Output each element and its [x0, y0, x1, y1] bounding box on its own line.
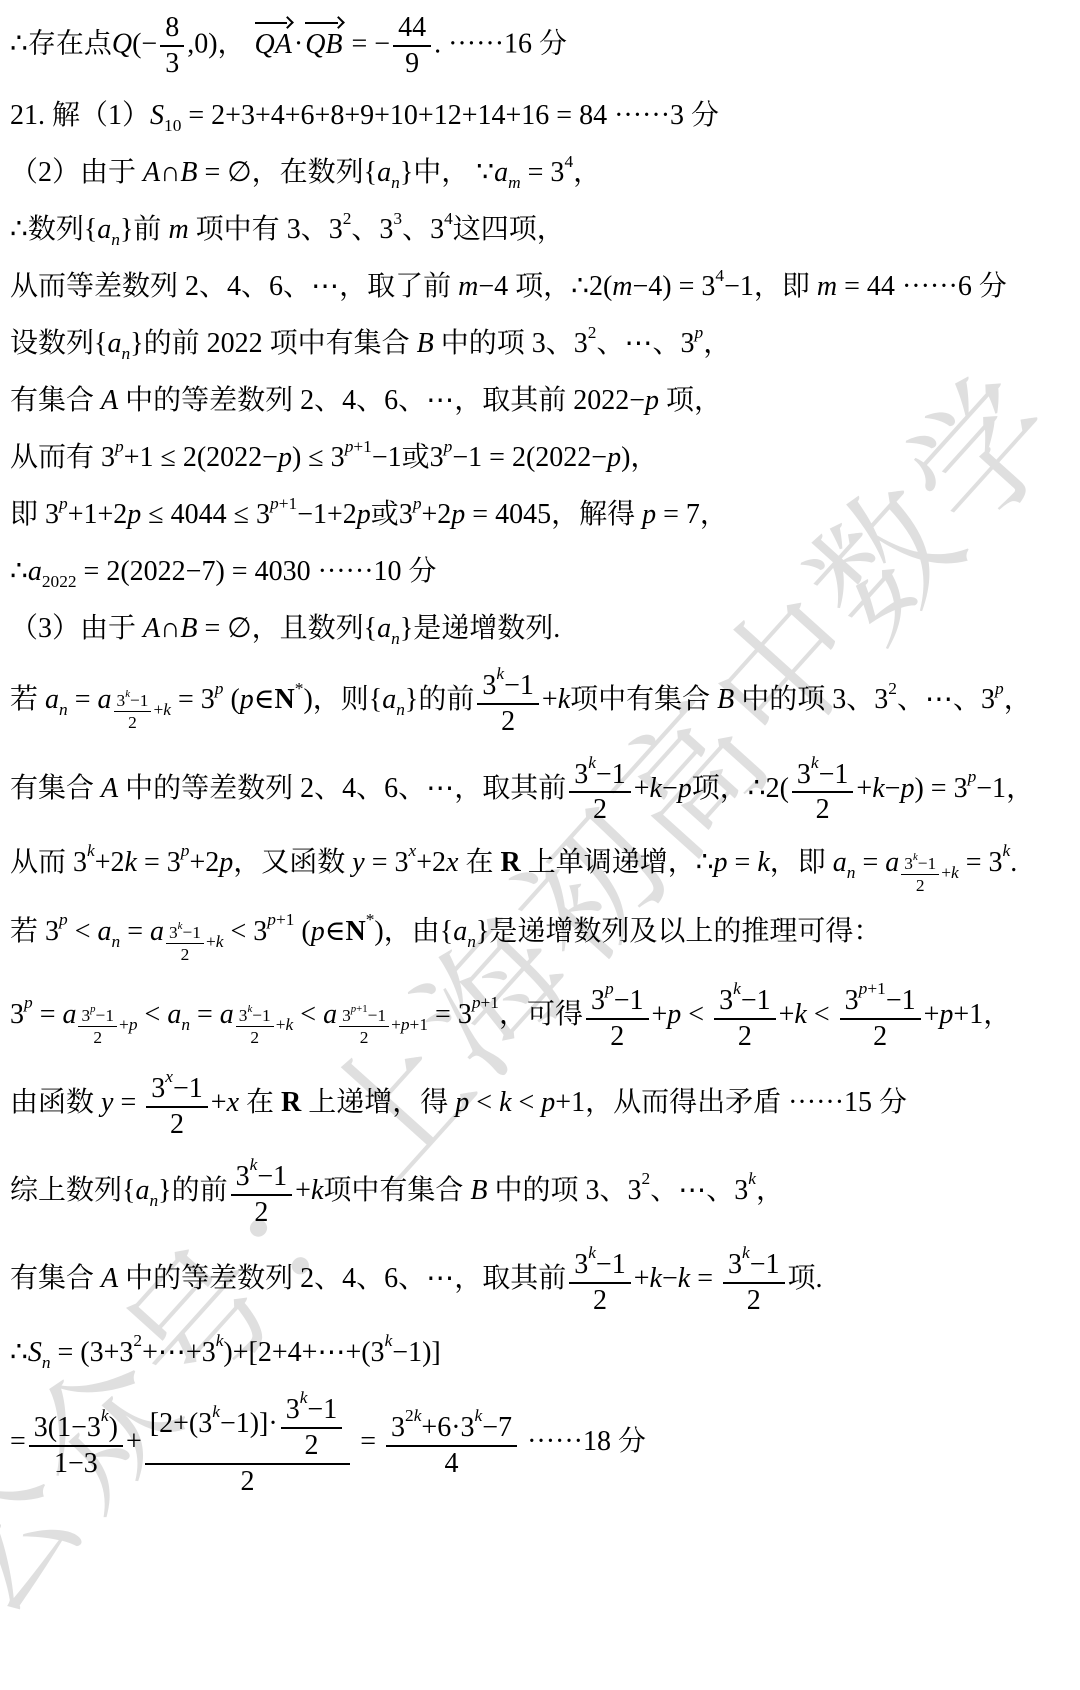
math-variable: A: [101, 1263, 118, 1294]
superscript: k: [496, 665, 504, 682]
math-variable: p: [645, 385, 659, 416]
text-run: 、: [314, 772, 342, 803]
math-roman: 3: [329, 214, 343, 245]
math-line: =3(1−3k)1−3+[2+(3k−1)]·3k−122 = 32k+6·3k…: [10, 1389, 1070, 1498]
math-roman: +2: [95, 847, 125, 878]
math-roman: <: [293, 999, 323, 1030]
superscript: k: [748, 1170, 756, 1187]
math-line: 综上数列{an}的前3k−12+k项中有集合 B 中的项 3、32、⋯、3k，: [10, 1156, 1070, 1229]
math-variable: k: [87, 841, 95, 860]
superscript: 4: [715, 267, 724, 284]
math-roman: (: [223, 684, 239, 715]
math-roman: −1: [252, 1006, 270, 1025]
text-run: 这四项，: [453, 214, 565, 245]
math-roman: 2: [300, 772, 314, 803]
fraction: 3k−12: [714, 980, 776, 1053]
math-roman: −1: [724, 271, 754, 302]
fraction-denominator: 2: [114, 712, 152, 733]
math-variable: a: [28, 556, 42, 587]
fraction-numerator: 3k−1: [281, 1389, 343, 1429]
superscript: p: [995, 680, 1004, 697]
math-roman: = ∅: [197, 157, 251, 188]
math-line: 从而等差数列 2、4、6、⋯，取了前 m−4 项，∴2(m−4) = 34−1，…: [10, 266, 1070, 308]
math-variable: k: [311, 1175, 323, 1206]
math-roman: .: [553, 613, 560, 644]
math-roman: <: [138, 999, 168, 1030]
math-roman: 3: [430, 442, 444, 473]
subscript: 2022: [42, 573, 77, 590]
math-variable: a: [150, 916, 164, 947]
math-roman: 3: [117, 691, 126, 710]
math-variable: p: [311, 916, 325, 947]
math-roman: =: [190, 999, 220, 1030]
fraction-numerator: 3k−1: [723, 1244, 785, 1284]
math-roman: −1: [130, 691, 148, 710]
math-roman: 2022: [207, 328, 263, 359]
text-run: 、: [398, 772, 426, 803]
math-roman: −7: [482, 1412, 512, 1443]
math-variable: S: [150, 100, 164, 131]
math-roman: 3: [239, 1006, 248, 1025]
math-roman: 2: [93, 1028, 102, 1047]
math-roman: 4: [715, 266, 724, 285]
math-roman: 3: [832, 684, 846, 715]
math-roman: 2: [888, 679, 897, 698]
fraction-denominator: 2: [477, 705, 539, 738]
math-roman: 2: [133, 1331, 142, 1350]
text-run: ，即: [770, 847, 833, 878]
math-roman: −1: [750, 1249, 780, 1280]
text-run: 中的等差数列: [118, 1263, 300, 1294]
math-variable: k: [125, 847, 137, 878]
subscript: n: [149, 1192, 158, 1209]
text-run: ∴存在点: [10, 29, 112, 60]
fraction: 3k−12: [236, 1004, 274, 1048]
math-line: 有集合 A 中的等差数列 2、4、6、⋯，取其前 2022−p 项，: [10, 380, 1070, 422]
text-run: 项，∴: [508, 271, 589, 302]
text-run: 有集合: [10, 772, 101, 803]
math-variable: k: [558, 684, 570, 715]
math-roman: 8: [165, 12, 179, 43]
text-run: 、: [600, 1175, 628, 1206]
math-roman: 3: [236, 1161, 250, 1192]
math-roman: 2(: [589, 271, 612, 302]
fraction-denominator: 2: [569, 793, 631, 826]
fraction-numerator: 3p−1: [586, 980, 648, 1020]
math-variable: a: [833, 847, 847, 878]
math-roman: −4) = 3: [633, 271, 716, 302]
math-roman: −1: [173, 1072, 203, 1103]
math-roman: −1: [96, 1006, 114, 1025]
math-line: 若 3p < an = a3k−12+k < 3p+1 (p∈N*)，由{an}…: [10, 911, 1070, 965]
text-run: 即: [10, 499, 45, 530]
math-variable: k: [163, 700, 171, 719]
math-roman: =: [10, 1426, 26, 1457]
math-variable: k: [496, 664, 504, 683]
math-roman: ⋯: [311, 271, 339, 302]
text-run: 有集合: [10, 385, 101, 416]
text-run: 、: [398, 385, 426, 416]
text-run: ，在数列: [252, 157, 364, 188]
math-roman: +1 ≤ 2(2022−: [124, 442, 278, 473]
math-roman: +1: [481, 993, 499, 1012]
math-line: ∴存在点Q(−83,0)， QA·QB = −449. ······16 分: [10, 12, 1070, 80]
math-variable: p: [900, 772, 914, 803]
math-roman: 4: [342, 772, 356, 803]
math-roman: −1: [307, 1394, 337, 1425]
math-roman: = 3: [171, 684, 215, 715]
math-variable: p: [129, 1015, 138, 1034]
math-variable: a: [45, 684, 59, 715]
math-roman: −1: [819, 758, 849, 789]
text-run: 由函数: [10, 1087, 101, 1118]
text-run: ，: [218, 29, 253, 60]
math-roman: +: [126, 1426, 142, 1457]
math-roman: −1: [614, 984, 644, 1015]
math-variable: p: [267, 910, 276, 929]
math-variable: m: [458, 271, 478, 302]
math-variable: S: [28, 1337, 42, 1368]
math-variable: p: [472, 993, 481, 1012]
math-roman: −1: [596, 1249, 626, 1280]
math-roman: +1: [353, 437, 371, 456]
text-run: ，从而得出矛盾 ······15 分: [585, 1087, 907, 1118]
math-roman: =: [120, 916, 150, 947]
fraction: 3k−12: [114, 689, 152, 733]
text-run: 项: [788, 1263, 816, 1294]
fraction-numerator: 32k+6·3k−7: [386, 1407, 517, 1447]
math-line: ∴Sn = (3+32+⋯+3k)+[2+4+⋯+(3k−1)]: [10, 1332, 1070, 1374]
math-roman: +2: [422, 499, 452, 530]
fraction: 3k−12: [723, 1244, 785, 1317]
superscript: p: [59, 495, 68, 512]
math-variable: k: [757, 847, 769, 878]
math-variable: p: [678, 772, 692, 803]
math-variable: p: [240, 684, 254, 715]
math-variable: a: [167, 999, 181, 1030]
math-variable: n: [42, 1353, 51, 1372]
math-roman: −1: [368, 1006, 386, 1025]
math-variable: p: [127, 499, 141, 530]
text-run: 项中有集合: [323, 1175, 470, 1206]
math-roman: 3: [574, 328, 588, 359]
math-variable: a: [62, 999, 76, 1030]
vector-overline: QB: [305, 22, 342, 66]
math-variable: n: [391, 629, 400, 648]
fraction-numerator: 3k−1: [477, 665, 539, 705]
fraction: 32k+6·3k−74: [386, 1407, 517, 1480]
math-roman: −1: [182, 923, 200, 942]
math-variable: a: [494, 157, 508, 188]
math-roman: = 3: [521, 157, 565, 188]
text-run: 上单调递增，∴: [521, 847, 714, 878]
fraction-numerator: 3p+1−1: [339, 1004, 389, 1027]
text-run: ，: [756, 1175, 784, 1206]
math-roman: ): [374, 916, 383, 947]
fraction-numerator: 3(1−3k): [29, 1407, 123, 1447]
text-run: 、: [199, 271, 227, 302]
text-run: ，解得: [551, 499, 642, 530]
text-run: ······16 分: [441, 29, 567, 60]
math-roman: {: [364, 157, 377, 188]
subscript: n: [391, 174, 400, 191]
text-run: ∴: [10, 1337, 28, 1368]
text-run: 从而有: [10, 442, 101, 473]
math-roman: 3: [73, 847, 87, 878]
math-roman: =: [855, 847, 885, 878]
math-roman: }: [120, 214, 133, 245]
math-line: （3）由于 A∩B = ∅，且数列{an}是递增数列.: [10, 608, 1070, 650]
math-roman: = 3: [137, 847, 181, 878]
text-run: ，且数列: [252, 613, 364, 644]
math-roman: +1: [953, 999, 983, 1030]
math-roman: =: [113, 1087, 143, 1118]
text-run: ，: [630, 442, 658, 473]
text-run: 在: [239, 1087, 281, 1118]
superscript: 4: [564, 153, 573, 170]
math-roman: 3: [101, 442, 115, 473]
math-variable: n: [467, 932, 476, 951]
math-roman: +2: [189, 847, 219, 878]
subscript: n: [467, 933, 476, 950]
fraction: 3k−12: [166, 921, 204, 965]
subscript: 10: [164, 117, 181, 134]
math-roman: ): [109, 1412, 118, 1443]
math-roman: 3: [874, 684, 888, 715]
text-run: ∴数列: [10, 214, 84, 245]
text-run: 或: [402, 442, 430, 473]
math-variable: p: [995, 679, 1004, 698]
superscript: p: [59, 911, 68, 928]
math-roman: 4: [444, 209, 453, 228]
math-roman: {: [122, 1175, 135, 1206]
text-run: ······6 分: [895, 271, 1007, 302]
math-roman: }: [405, 684, 418, 715]
math-variable: p: [219, 847, 233, 878]
text-run: 有集合: [10, 1263, 101, 1294]
math-variable: QB: [305, 29, 342, 60]
math-roman: 2: [593, 1285, 607, 1316]
subscript: n: [181, 1016, 190, 1033]
superscript: p+1: [859, 980, 886, 997]
text-run: 、: [356, 1263, 384, 1294]
fraction-denominator: 2: [145, 1465, 350, 1498]
text-run: 、: [897, 684, 925, 715]
fraction-numerator: 3k−1: [792, 754, 854, 794]
text-run: ，由: [384, 916, 440, 947]
math-roman: 3: [574, 758, 588, 789]
text-run: 设数列: [10, 328, 94, 359]
superscript: k: [588, 754, 596, 771]
text-run: 上递增，得: [301, 1087, 455, 1118]
math-roman: 6: [384, 1263, 398, 1294]
math-variable: m: [612, 271, 632, 302]
math-bold: N: [275, 684, 295, 715]
fraction: 3x−12: [146, 1068, 208, 1141]
superscript: 2: [888, 680, 897, 697]
math-roman: ) = 3: [914, 772, 967, 803]
math-roman: }: [400, 613, 413, 644]
fraction: 449: [393, 12, 431, 80]
text-run: 、: [650, 1175, 678, 1206]
math-roman: 3: [391, 1412, 405, 1443]
fraction: 3(1−3k)1−3: [29, 1407, 123, 1480]
text-run: 中的项: [734, 684, 832, 715]
math-bold: R: [281, 1087, 301, 1118]
math-variable: k: [499, 1087, 511, 1118]
math-roman: +1: [867, 979, 885, 998]
text-run: ，即: [754, 271, 817, 302]
math-roman: −1: [976, 772, 1006, 803]
fraction-numerator: 3k−1: [714, 980, 776, 1020]
math-variable: a: [107, 328, 121, 359]
math-roman: −1: [886, 984, 916, 1015]
math-variable: k: [650, 772, 662, 803]
text-run: 中， ∵: [413, 157, 494, 188]
text-run: 是递增数列: [413, 613, 553, 644]
math-roman: 2: [360, 1028, 369, 1047]
fraction-numerator: 3k−1: [166, 921, 204, 944]
math-line: 从而 3k+2k = 3p+2p，又函数 y = 3x+2x 在 R 上单调递增…: [10, 842, 1070, 896]
math-variable: a: [98, 684, 112, 715]
math-roman: 2: [254, 1197, 268, 1228]
math-variable: p: [695, 323, 704, 342]
text-run: 项中有集合: [570, 684, 717, 715]
math-variable: x: [446, 847, 458, 878]
document-body: ∴存在点Q(−83,0)， QA·QB = −449. ······16 分21…: [10, 12, 1070, 1498]
text-run: 、: [314, 385, 342, 416]
math-roman: +: [924, 999, 940, 1030]
math-roman: 3(1−3: [34, 1412, 101, 1443]
text-run: 从而: [10, 847, 73, 878]
math-roman: 2: [240, 1466, 254, 1497]
text-run: 、: [652, 328, 680, 359]
superscript: p: [413, 495, 422, 512]
text-run: ，取了前: [339, 271, 458, 302]
superscript: k: [101, 1407, 109, 1424]
math-roman: −: [662, 772, 678, 803]
math-roman: ≤ 4044 ≤ 3: [141, 499, 270, 530]
subscript: n: [42, 1354, 51, 1371]
math-roman: 2: [501, 706, 515, 737]
math-line: 有集合 A 中的等差数列 2、4、6、⋯，取其前3k−12+k−p项，∴2(3k…: [10, 754, 1070, 827]
math-roman: < 3: [223, 916, 267, 947]
text-run: 、: [846, 684, 874, 715]
math-roman: {: [84, 214, 97, 245]
fraction: [2+(3k−1)]·3k−122: [145, 1389, 350, 1498]
math-variable: p: [605, 979, 614, 998]
subscript: n: [391, 630, 400, 647]
superscript: p+1: [472, 994, 499, 1011]
math-variable: B: [417, 328, 434, 359]
math-variable: p: [939, 999, 953, 1030]
superscript: 2: [642, 1170, 651, 1187]
text-run: 或: [371, 499, 399, 530]
math-variable: k: [742, 1243, 750, 1262]
math-roman: 3: [719, 984, 733, 1015]
math-variable: k: [872, 772, 884, 803]
fraction-denominator: 2: [569, 1284, 631, 1317]
subscript: 3k−12+k: [164, 921, 223, 965]
math-roman: {: [364, 613, 377, 644]
fraction-denominator: 2: [339, 1027, 389, 1048]
math-roman: )+[2+4+⋯+(3: [223, 1337, 384, 1368]
math-roman: 9: [405, 48, 419, 79]
text-run: ······3 分: [607, 100, 719, 131]
math-variable: y: [101, 1087, 113, 1118]
text-run: ，取其前: [454, 772, 566, 803]
math-roman: −4: [478, 271, 508, 302]
math-roman: = 3: [365, 847, 409, 878]
subscript: 3p−12+p: [76, 1004, 137, 1048]
fraction-denominator: 2: [166, 944, 204, 965]
fraction-numerator: 3p+1−1: [840, 980, 921, 1020]
math-roman: +: [941, 863, 951, 882]
fraction: 3p+1−12: [840, 980, 921, 1053]
math-variable: m: [168, 214, 188, 245]
math-roman: 3: [45, 499, 59, 530]
fraction: 3k−12: [569, 754, 631, 827]
text-run: 中的等差数列: [118, 772, 300, 803]
math-roman: 3: [728, 1249, 742, 1280]
fraction-denominator: 2: [714, 1020, 776, 1053]
math-roman: 2: [738, 1021, 752, 1052]
math-roman: +: [542, 684, 558, 715]
math-roman: −1: [504, 670, 534, 701]
math-roman: 21.: [10, 100, 52, 131]
math-roman: +2: [416, 847, 446, 878]
superscript: 2k: [405, 1407, 421, 1424]
text-run: 、: [283, 271, 311, 302]
math-roman: −1+2: [297, 499, 357, 530]
math-roman: 2022: [42, 572, 77, 591]
math-roman: .: [816, 1263, 823, 1294]
subscript: 3k−12+k: [899, 852, 958, 896]
superscript: x: [165, 1068, 173, 1085]
math-roman: 2: [916, 876, 925, 895]
math-variable: p: [455, 1087, 469, 1118]
fraction-numerator: 3k−1: [569, 754, 631, 794]
math-variable: a: [885, 847, 899, 878]
math-roman: +1: [356, 1003, 367, 1015]
math-variable: p: [270, 494, 279, 513]
math-roman: ∈: [254, 684, 275, 715]
math-roman: =: [728, 847, 758, 878]
math-variable: k: [811, 753, 819, 772]
fraction-numerator: 3p−1: [78, 1004, 117, 1027]
math-roman: 6: [384, 772, 398, 803]
math-roman: 3: [681, 328, 695, 359]
math-roman: <: [681, 999, 711, 1030]
fraction-denominator: 3: [160, 47, 184, 80]
math-variable: k: [748, 1169, 756, 1188]
math-line: 21. 解（1）S10 = 2+3+4+6+8+9+10+12+14+16 = …: [10, 95, 1070, 137]
text-run: 的前: [172, 1175, 228, 1206]
text-run: 项，: [659, 385, 722, 416]
math-roman: 2022−: [573, 385, 645, 416]
math-roman: ·: [294, 29, 303, 60]
fraction-denominator: 9: [393, 47, 431, 80]
text-run: 的前: [418, 684, 474, 715]
math-variable: k: [794, 999, 806, 1030]
math-roman: 3: [399, 499, 413, 530]
math-variable: A: [143, 157, 160, 188]
math-roman: =: [33, 999, 63, 1030]
math-roman: ∩: [160, 613, 180, 644]
math-variable: m: [817, 271, 837, 302]
text-run: ，: [573, 157, 601, 188]
math-roman: −1: [257, 1161, 287, 1192]
